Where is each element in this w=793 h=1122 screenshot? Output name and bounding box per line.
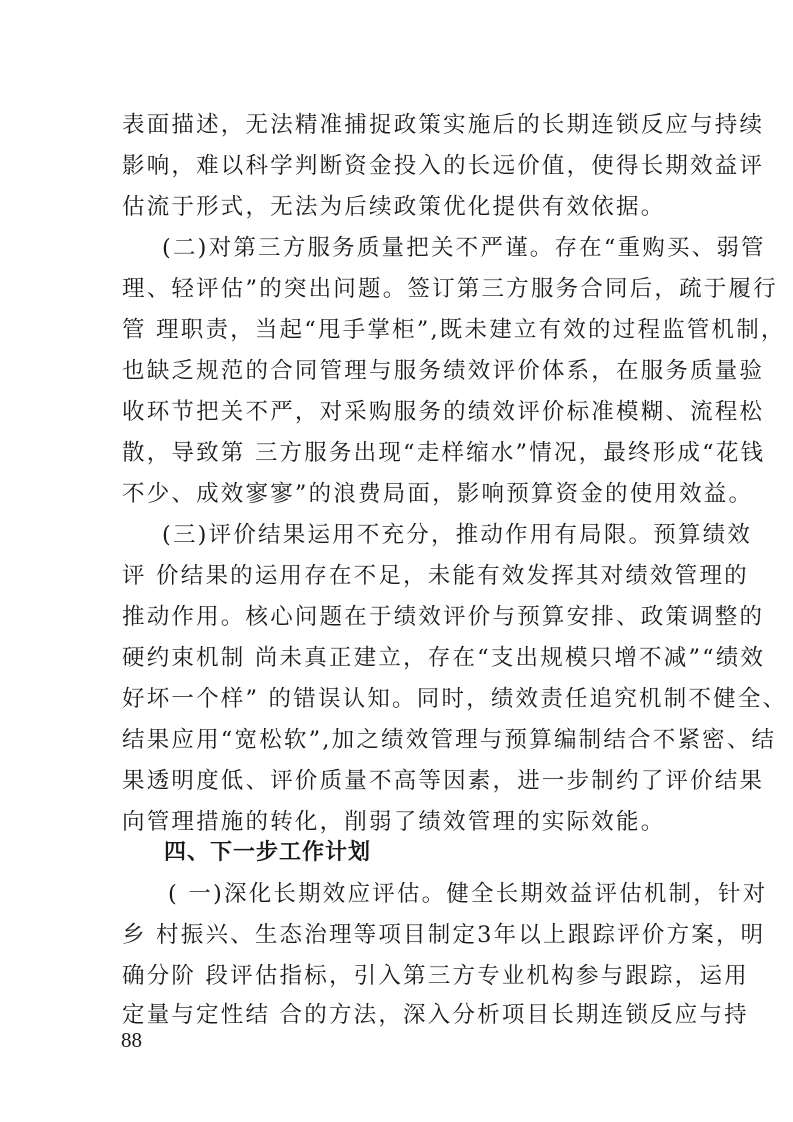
paragraph-2-line-2: 理、轻评估”的突出问题。签订第三方服务合同后，疏于履行 [122,274,674,304]
paragraph-3-line-5: 好坏一个样” 的错误认知。同时，绩效责任追究机制不健全、 [122,684,674,714]
paragraph-2-line-4: 也缺乏规范的合同管理与服务绩效评价体系，在服务质量验 [122,356,674,386]
paragraph-3-line-1: (三)评价结果运用不充分，推动作用有局限。预算绩效 [162,520,674,550]
page-number: 88 [121,1028,142,1052]
paragraph-3-line-7: 果透明度低、评价质量不高等因素，进一步制约了评价结果 [122,766,674,796]
paragraph-1-line-2: 影响，难以科学判断资金投入的长远价值，使得长期效益评 [122,151,674,181]
paragraph-2-line-6: 散，导致第 三方服务出现“走样缩水”情况，最终形成“花钱 [122,438,674,468]
paragraph-2-line-5: 收环节把关不严，对采购服务的绩效评价标准模糊、流程松 [122,397,674,427]
paragraph-4-line-3: 确分阶 段评估指标，引入第三方专业机构参与跟踪，运用 [122,961,674,991]
paragraph-4-line-1: ( 一)深化长期效应评估。健全长期效益评估机制，针对 [168,879,674,909]
paragraph-3-line-2: 评 价结果的运用存在不足，未能有效发挥其对绩效管理的 [122,561,674,591]
document-page: 表面描述，无法精准捕捉政策实施后的长期连锁反应与持续 影响，难以科学判断资金投入… [0,0,793,1122]
paragraph-4-line-4: 定量与定性结 合的方法，深入分析项目长期连锁反应与持 [122,1000,674,1030]
paragraph-2-line-3: 管 理职责，当起“甩手掌柜”,既未建立有效的过程监管机制， [122,315,674,345]
paragraph-2-line-7: 不少、成效寥寥”的浪费局面，影响预算资金的使用效益。 [122,479,674,509]
section-heading: 四、下一步工作计划 [164,838,371,868]
paragraph-1-line-1: 表面描述，无法精准捕捉政策实施后的长期连锁反应与持续 [122,110,674,140]
paragraph-2-line-1: (二)对第三方服务质量把关不严谨。存在“重购买、弱管 [162,233,674,263]
paragraph-3-line-3: 推动作用。核心问题在于绩效评价与预算安排、政策调整的 [122,602,674,632]
paragraph-3-line-8: 向管理措施的转化，削弱了绩效管理的实际效能。 [122,807,674,837]
paragraph-3-line-4: 硬约束机制 尚未真正建立，存在“支出规模只增不减”“绩效 [122,643,674,673]
paragraph-4-line-2: 乡 村振兴、生态治理等项目制定3年以上跟踪评价方案，明 [122,920,674,950]
paragraph-3-line-6: 结果应用“宽松软”,加之绩效管理与预算编制结合不紧密、结 [122,725,674,755]
paragraph-1-line-3: 估流于形式，无法为后续政策优化提供有效依据。 [122,192,674,222]
